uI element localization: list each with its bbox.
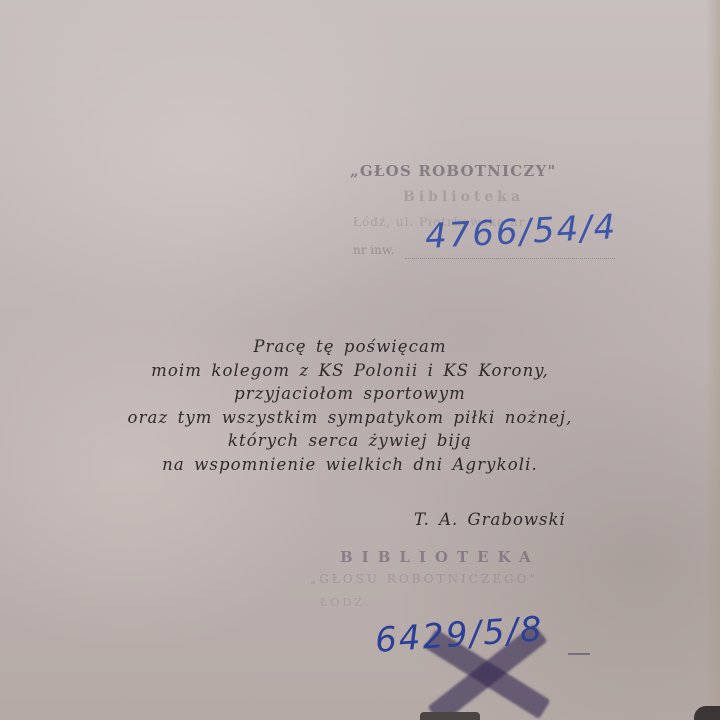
stamp-bottom-line-1: BIBLIOTEKA	[340, 548, 540, 566]
inventory-number-top: 4766/54/4	[424, 207, 618, 257]
dedication-line: których serca żywiej biją	[90, 429, 610, 453]
page-corner	[694, 706, 720, 720]
dedication-text: Pracę tę poświęcam moim kolegom z KS Pol…	[90, 335, 610, 476]
dedication-line: Pracę tę poświęcam	[90, 335, 610, 359]
dedication-line: moim kolegom z KS Polonii i KS Korony,	[90, 359, 610, 383]
dash-mark	[568, 653, 590, 655]
book-page: „GŁOS ROBOTNICZY" Biblioteka Łódź, ul. P…	[0, 0, 720, 720]
page-shadow	[420, 712, 480, 720]
dedication-line: przyjaciołom sportowym	[90, 382, 610, 406]
stamp-top-line-4: nr inw.	[353, 243, 395, 257]
stamp-bottom-line-3: ŁÓDŹ	[320, 596, 365, 609]
stamp-top-line-2: Biblioteka	[403, 189, 524, 205]
library-stamp-bottom: BIBLIOTEKA „GŁOSU ROBOTNICZEGO" ŁÓDŹ	[340, 548, 540, 566]
stamp-bottom-line-2: „GŁOSU ROBOTNICZEGO"	[310, 572, 538, 586]
dedication-line: na wspomnienie wielkich dni Agrykoli.	[90, 453, 610, 477]
stamp-top-dotted-line	[405, 258, 615, 259]
stamp-top-line-1: „GŁOS ROBOTNICZY"	[350, 162, 556, 180]
page-edge	[706, 0, 720, 720]
dedication-line: oraz tym wszystkim sympatykom piłki nożn…	[90, 406, 610, 430]
author-signature: T. A. Grabowski	[414, 510, 566, 529]
